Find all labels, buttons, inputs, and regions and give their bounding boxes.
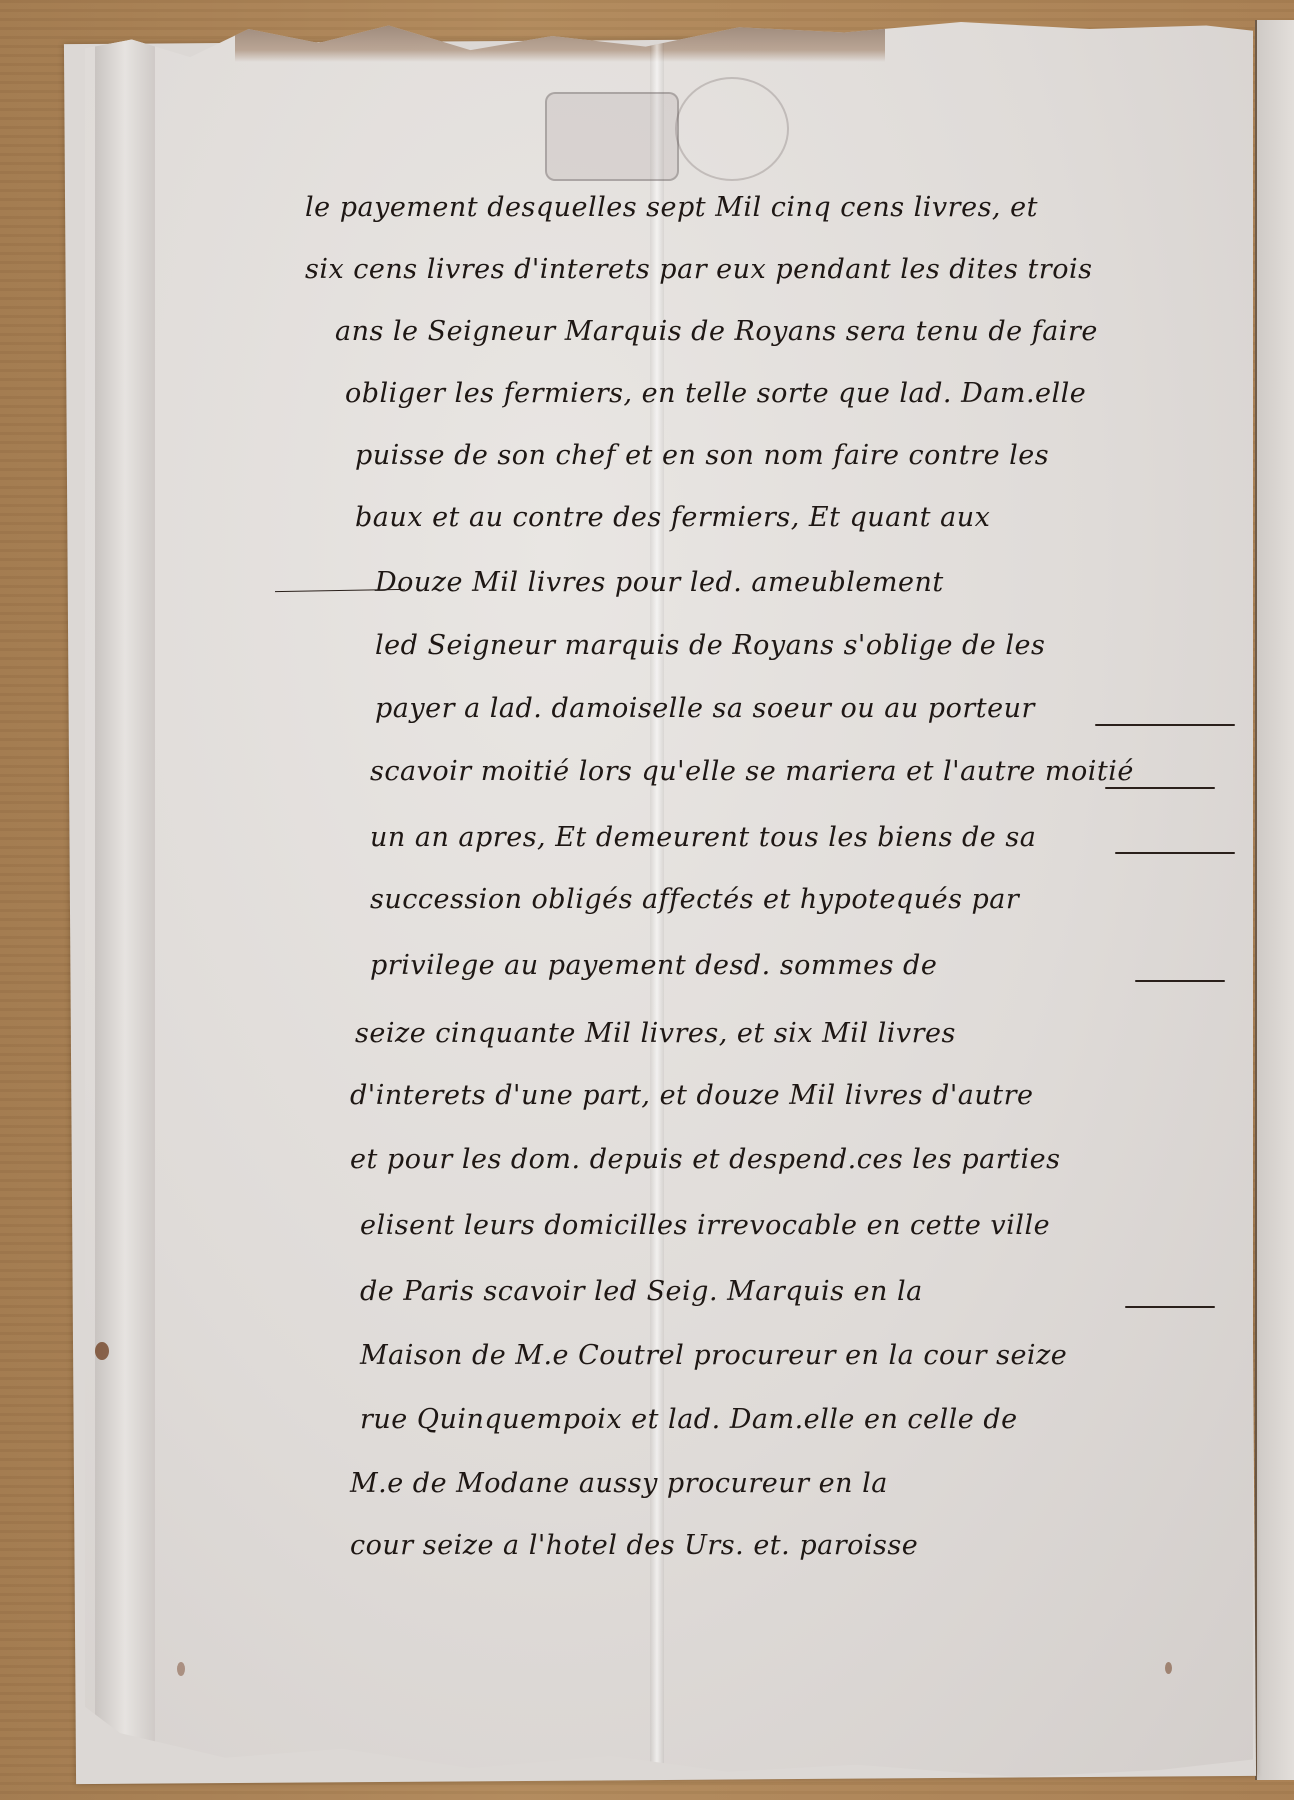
line-end-flourish (1135, 980, 1225, 982)
line-end-flourish (1125, 1306, 1215, 1308)
text-line-8: led Seigneur marquis de Royans s'oblige … (375, 630, 1045, 661)
text-line-22: cour seize a l'hotel des Urs. et. parois… (350, 1530, 918, 1561)
text-line-7: Douze Mil livres pour led. ameublement (375, 567, 944, 598)
text-line-5: puisse de son chef et en son nom faire c… (355, 440, 1049, 471)
adjacent-page-edge (1255, 20, 1294, 1780)
line-end-flourish (1115, 852, 1235, 854)
text-line-2: six cens livres d'interets par eux penda… (305, 254, 1092, 285)
text-line-16: et pour les dom. depuis et despend.ces l… (350, 1144, 1060, 1175)
text-line-11: un an apres, Et demeurent tous les biens… (370, 822, 1036, 853)
text-line-9: payer a lad. damoiselle sa soeur ou au p… (375, 693, 1035, 724)
text-line-10: scavoir moitié lors qu'elle se mariera e… (370, 756, 1134, 787)
text-line-18: de Paris scavoir led Seig. Marquis en la (360, 1276, 923, 1307)
text-line-4: obliger les fermiers, en telle sorte que… (345, 378, 1086, 409)
text-line-13: privilege au payement desd. sommes de (370, 950, 937, 981)
text-line-14: seize cinquante Mil livres, et six Mil l… (355, 1018, 956, 1049)
handwritten-text-block: le payement desquelles sept Mil cinq cen… (85, 22, 1253, 1777)
text-line-1: le payement desquelles sept Mil cinq cen… (305, 192, 1038, 223)
text-line-21: M.e de Modane aussy procureur en la (350, 1468, 888, 1499)
line-end-flourish (1105, 787, 1215, 789)
text-line-20: rue Quinquempoix et lad. Dam.elle en cel… (360, 1404, 1018, 1435)
line-end-flourish (1095, 724, 1235, 726)
text-line-19: Maison de M.e Coutrel procureur en la co… (360, 1340, 1067, 1371)
manuscript-page: le payement desquelles sept Mil cinq cen… (85, 22, 1253, 1777)
text-line-6: baux et au contre des fermiers, Et quant… (355, 502, 990, 533)
text-line-17: elisent leurs domicilles irrevocable en … (360, 1210, 1050, 1241)
text-line-3: ans le Seigneur Marquis de Royans sera t… (335, 316, 1098, 347)
text-line-15: d'interets d'une part, et douze Mil livr… (350, 1080, 1033, 1111)
text-line-12: succession obligés affectés et hypotequé… (370, 884, 1019, 915)
